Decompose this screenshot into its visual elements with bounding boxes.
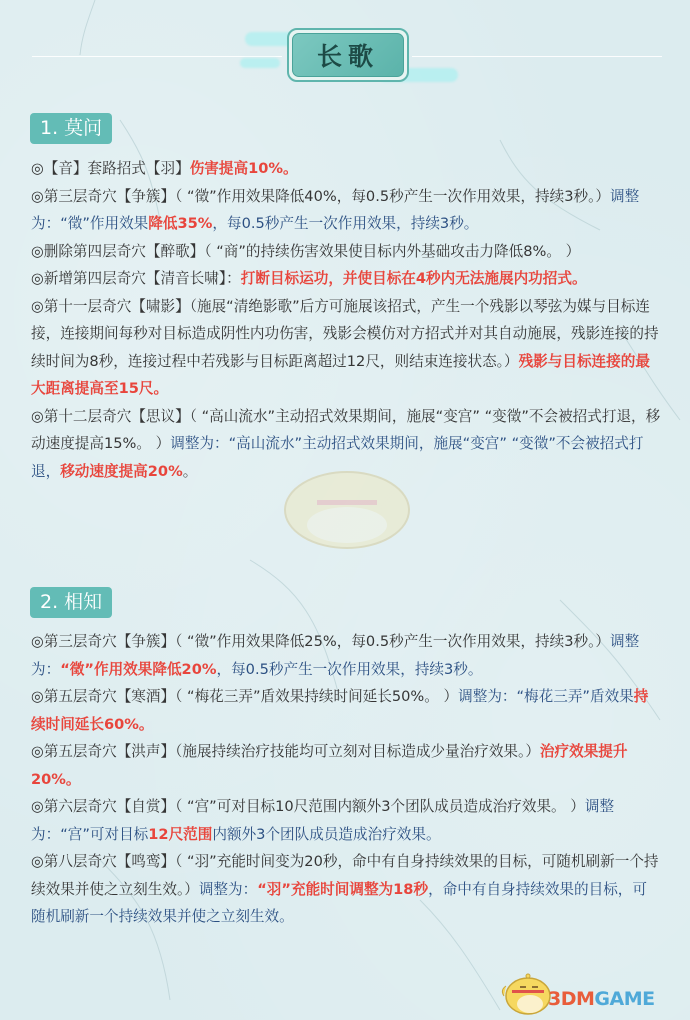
item-text: 。 bbox=[183, 463, 198, 480]
logo-game: GAME bbox=[594, 988, 654, 1010]
item-text: ◎新增第四层奇穴【清音长啸】： bbox=[31, 270, 241, 287]
item-highlight: 降低35% bbox=[148, 215, 212, 232]
item-highlight: “羽”充能时间调整为18秒 bbox=[257, 881, 428, 898]
header-rule-right bbox=[412, 56, 662, 57]
item-text: ◎【音】套路招式【羽】 bbox=[31, 160, 190, 177]
3dmgame-logo: 3DMGAME bbox=[548, 988, 655, 1010]
mascot-watermark-icon bbox=[272, 455, 422, 550]
change-item: ◎第十一层奇穴【啸影】（施展“清绝影歌”后方可施展该招式，产生一个残影以琴弦为媒… bbox=[31, 293, 661, 403]
change-item: ◎第六层奇穴【自赏】（ “宫”可对目标10尺范围内额外3个团队成员造成治疗效果。… bbox=[31, 793, 661, 848]
item-adjust: 内额外3个团队成员造成治疗效果。 bbox=[212, 826, 440, 843]
logo-3dm: 3DM bbox=[548, 988, 594, 1010]
section-heading-2: 2. 相知 bbox=[30, 587, 112, 618]
item-highlight: 12尺范围 bbox=[148, 826, 212, 843]
item-text: ◎第六层奇穴【自赏】（ “宫”可对目标10尺范围内额外3个团队成员造成治疗效果。… bbox=[31, 798, 585, 815]
item-adjust: ，每0.5秒产生一次作用效果，持续3秒。 bbox=[212, 215, 478, 232]
page-title: 长歌 bbox=[287, 28, 409, 82]
item-text: ◎删除第四层奇穴【醉歌】（ “商”的持续伤害效果使目标内外基础攻击力降低8%。 … bbox=[31, 243, 580, 260]
item-adjust: 调整为：“梅花三弄”盾效果 bbox=[458, 688, 634, 705]
item-highlight: “徵”作用效果降低20% bbox=[60, 661, 216, 678]
cloud-decoration-left-2 bbox=[240, 58, 280, 68]
item-text: ◎第三层奇穴【争簇】（ “徵”作用效果降低25%，每0.5秒产生一次作用效果，持… bbox=[31, 633, 610, 650]
item-text: ◎第三层奇穴【争簇】（ “徵”作用效果降低40%，每0.5秒产生一次作用效果，持… bbox=[31, 188, 610, 205]
header-rule-left bbox=[32, 56, 282, 57]
item-text: ◎第五层奇穴【寒酒】（ “梅花三弄”盾效果持续时间延长50%。 ） bbox=[31, 688, 458, 705]
change-item: ◎新增第四层奇穴【清音长啸】：打断目标运功，并使目标在4秒内无法施展内功招式。 bbox=[31, 265, 661, 293]
change-item: ◎第五层奇穴【洪声】（施展持续治疗技能均可立刻对目标造成少量治疗效果。）治疗效果… bbox=[31, 738, 661, 793]
title-plaque: 长歌 bbox=[287, 28, 409, 82]
item-highlight: 移动速度提高20% bbox=[60, 463, 183, 480]
item-adjust: 调整为： bbox=[199, 881, 257, 898]
section-1-content: ◎【音】套路招式【羽】伤害提高10%。 ◎第三层奇穴【争簇】（ “徵”作用效果降… bbox=[31, 155, 661, 485]
change-item: ◎第五层奇穴【寒酒】（ “梅花三弄”盾效果持续时间延长50%。 ）调整为：“梅花… bbox=[31, 683, 661, 738]
item-adjust: ，每0.5秒产生一次作用效果，持续3秒。 bbox=[216, 661, 482, 678]
page-background: 长歌 1. 莫问 ◎【音】套路招式【羽】伤害提高10%。 ◎第三层奇穴【争簇】（… bbox=[0, 0, 690, 1020]
section-2-content: ◎第三层奇穴【争簇】（ “徵”作用效果降低25%，每0.5秒产生一次作用效果，持… bbox=[31, 628, 661, 931]
change-item: ◎删除第四层奇穴【醉歌】（ “商”的持续伤害效果使目标内外基础攻击力降低8%。 … bbox=[31, 238, 661, 266]
change-item: ◎第八层奇穴【鸣鸾】（ “羽”充能时间变为20秒，命中有自身持续效果的目标，可随… bbox=[31, 848, 661, 931]
change-item: ◎第三层奇穴【争簇】（ “徵”作用效果降低25%，每0.5秒产生一次作用效果，持… bbox=[31, 628, 661, 683]
item-highlight: 伤害提高10%。 bbox=[190, 160, 298, 177]
item-text: ◎第五层奇穴【洪声】（施展持续治疗技能均可立刻对目标造成少量治疗效果。） bbox=[31, 743, 540, 760]
section-heading-1: 1. 莫问 bbox=[30, 113, 112, 144]
change-item: ◎【音】套路招式【羽】伤害提高10%。 bbox=[31, 155, 661, 183]
item-highlight: 打断目标运功，并使目标在4秒内无法施展内功招式。 bbox=[241, 270, 587, 287]
change-item: ◎第三层奇穴【争簇】（ “徵”作用效果降低40%，每0.5秒产生一次作用效果，持… bbox=[31, 183, 661, 238]
